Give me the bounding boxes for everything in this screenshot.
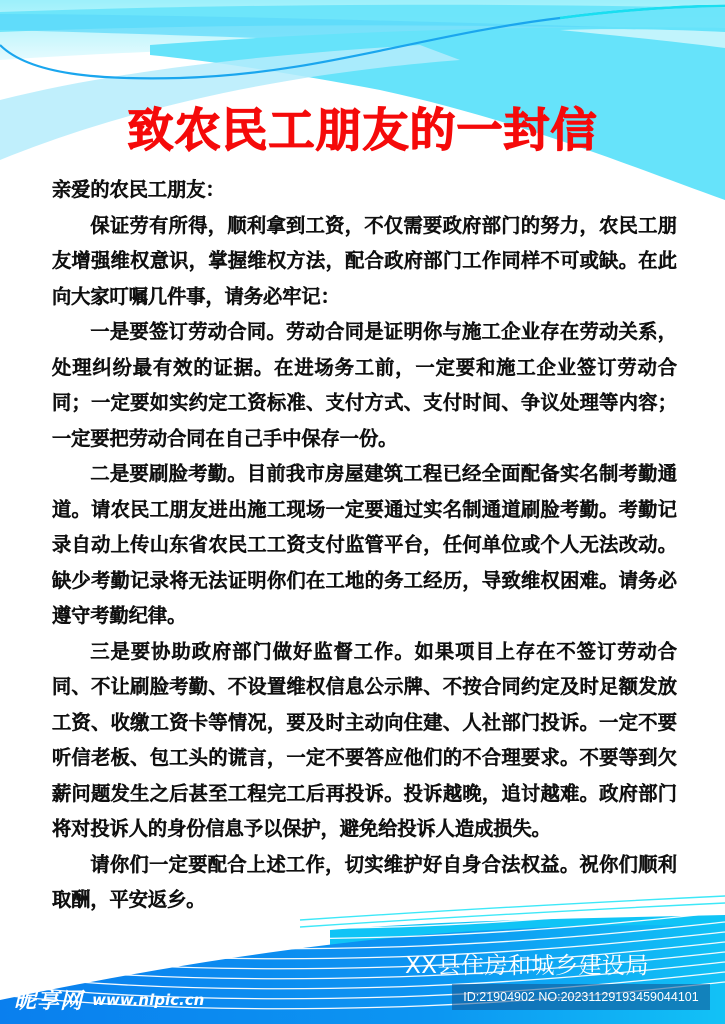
paragraph-face-attendance: 二是要刷脸考勤。目前我市房屋建筑工程已经全面配备实名制考勤通道。请农民工朋友进出…	[52, 456, 677, 634]
image-id-label: ID:21904902 NO:20231129193459044101	[452, 984, 710, 1010]
issuer-name: XX县住房和城乡建设局	[405, 947, 675, 980]
letter-body: 亲爱的农民工朋友： 保证劳有所得，顺利拿到工资，不仅需要政府部门的努力，农民工朋…	[52, 172, 677, 918]
paragraph-intro: 保证劳有所得，顺利拿到工资，不仅需要政府部门的努力，农民工朋友增强维权意识，掌握…	[52, 208, 677, 315]
watermark-logo: 昵享网	[14, 989, 83, 1014]
poster-title: 致农民工朋友的一封信	[0, 95, 725, 165]
salutation: 亲爱的农民工朋友：	[52, 172, 677, 208]
watermark-url: www.nipic.cn	[92, 991, 204, 1009]
paragraph-supervision: 三是要协助政府部门做好监督工作。如果项目上存在不签订劳动合同、不让刷脸考勤、不设…	[52, 634, 677, 847]
site-watermark: 昵享网 www.nipic.cn	[14, 984, 204, 1015]
paragraph-labor-contract: 一是要签订劳动合同。劳动合同是证明你与施工企业存在劳动关系，处理纠纷最有效的证据…	[52, 314, 677, 456]
